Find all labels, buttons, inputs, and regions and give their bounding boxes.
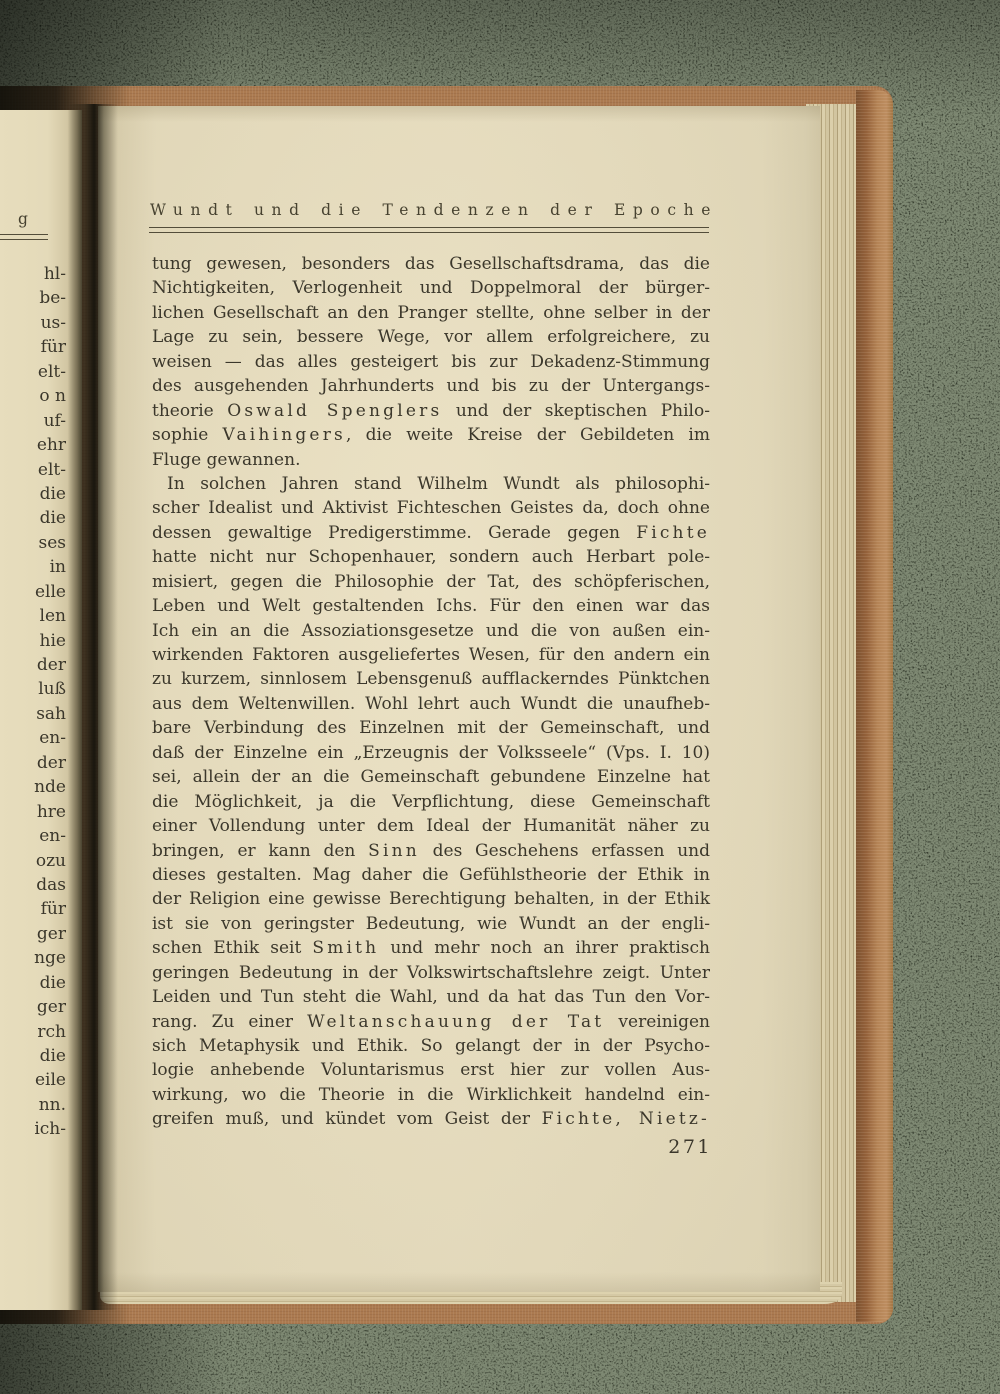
text-segment: daß der Einzelne ein „Erzeugnis der Volk… [152, 743, 710, 763]
cover-cloth-texture [856, 90, 893, 1322]
body-line: sophie Vaihingers, die weite Kreise der … [152, 423, 710, 447]
body-line: sei, allein der an die Gemeinschaft gebu… [152, 765, 710, 789]
facing-page-fragment: ich- [0, 1117, 66, 1141]
facing-page-fragment: der [0, 751, 66, 775]
facing-page-fragment: ger [0, 995, 66, 1019]
text-segment: wirkenden Faktoren ausgeliefertes Wesen,… [152, 645, 710, 665]
facing-page-line-fragments: hl-be-us-fürelt-o nuf-ehrelt-diediesesin… [0, 262, 66, 1142]
body-line: dessen gewaltige Predigerstimme. Gerade … [152, 521, 710, 545]
letterspaced-text: Smith [312, 938, 379, 958]
body-line: In solchen Jahren stand Wilhelm Wundt al… [152, 472, 710, 496]
facing-page-fragment: nge [0, 946, 66, 970]
facing-page-fragment: die [0, 506, 66, 530]
text-segment: rang. Zu einer [152, 1012, 307, 1032]
facing-page-header-fragment: g [0, 210, 46, 228]
body-line: zu kurzem, sinnlosem Lebensgenuß aufflac… [152, 667, 710, 691]
cover-right-edge [856, 90, 893, 1322]
body-line: Lage zu sein, bessere Wege, vor allem er… [152, 325, 710, 349]
facing-page-fragment: ehr [0, 433, 66, 457]
text-segment: aus dem Weltenwillen. Wohl lehrt auch Wu… [152, 694, 710, 714]
text-segment: einer Vollendung unter dem Ideal der Hum… [152, 816, 710, 836]
facing-page-fragment: der [0, 653, 66, 677]
text-segment: schen Ethik seit [152, 938, 312, 958]
body-line: der Religion eine gewisse Berechtigung b… [152, 887, 710, 911]
text-segment: scher Idealist und Aktivist Fichteschen … [152, 498, 710, 518]
body-line: Ich ein an die Assoziationsgesetze und d… [152, 619, 710, 643]
facing-page-fragment: hl- [0, 262, 66, 286]
text-segment: und mehr noch an ihrer praktisch [379, 938, 710, 958]
text-segment: , die weite Kreise der Gebildeten im [346, 425, 710, 445]
page-number: 271 [572, 1136, 712, 1158]
body-line: Nichtigkeiten, Verlogenheit und Doppelmo… [152, 276, 710, 300]
text-segment: vereinigen [604, 1012, 710, 1032]
body-line: greifen muß, und kündet vom Geist der Fi… [152, 1107, 710, 1131]
body-line: weisen — das alles gesteigert bis zur De… [152, 350, 710, 374]
body-line: wirkung, wo die Theorie in die Wirklichk… [152, 1083, 710, 1107]
body-line: die Möglichkeit, ja die Verpflichtung, d… [152, 790, 710, 814]
text-segment: Lage zu sein, bessere Wege, vor allem er… [152, 327, 710, 347]
text-segment: greifen muß, und kündet vom Geist der [152, 1109, 542, 1129]
text-segment: bare Verbindung des Einzelnen mit der Ge… [152, 718, 710, 738]
facing-page-fragment: en- [0, 824, 66, 848]
body-text: tung gewesen, besonders das Gesellschaft… [152, 252, 710, 1132]
text-segment: zu kurzem, sinnlosem Lebensgenuß aufflac… [152, 669, 710, 689]
facing-page-fragment: ses [0, 531, 66, 555]
body-line: bringen, er kann den Sinn des Geschehens… [152, 839, 710, 863]
body-line: einer Vollendung unter dem Ideal der Hum… [152, 814, 710, 838]
facing-page-fragment: hre [0, 800, 66, 824]
text-segment: misiert, gegen die Philosophie der Tat, … [152, 572, 710, 592]
text-segment: ist sie von geringster Bedeutung, wie Wu… [152, 914, 710, 934]
facing-page-fragment: ger [0, 922, 66, 946]
book-page: Wundt und die Tendenzen der Epoche tung … [98, 106, 820, 1292]
body-line: logie anhebende Voluntarismus erst hier … [152, 1058, 710, 1082]
letterspaced-text: Sinn [368, 841, 420, 861]
facing-page-fragment: en- [0, 726, 66, 750]
body-line: Fluge gewannen. [152, 448, 710, 472]
body-line: tung gewesen, besonders das Gesellschaft… [152, 252, 710, 276]
facing-page-fragment: ozu [0, 849, 66, 873]
body-line: rang. Zu einer Weltanschauung der Tat ve… [152, 1010, 710, 1034]
facing-page-fragment: die [0, 971, 66, 995]
text-segment: des ausgehenden Jahrhunderts und bis zu … [152, 376, 710, 396]
text-segment: In solchen Jahren stand Wilhelm Wundt al… [167, 474, 710, 494]
text-segment: die Möglichkeit, ja die Verpflichtung, d… [152, 792, 710, 812]
text-segment: lichen Gesellschaft an den Pranger stell… [152, 303, 710, 323]
text-segment: des Geschehens erfassen und [420, 841, 710, 861]
facing-page-fragment: nn. [0, 1093, 66, 1117]
letterspaced-text: Fichte, Nietz- [542, 1109, 710, 1129]
text-segment: Leben und Welt gestaltenden Ichs. Für de… [152, 596, 710, 616]
facing-page-fragment: die [0, 482, 66, 506]
text-segment: sophie [152, 425, 223, 445]
text-segment: bringen, er kann den [152, 841, 368, 861]
text-segment: tung gewesen, besonders das Gesellschaft… [152, 254, 710, 274]
body-line: sich Metaphysik und Ethik. So gelangt de… [152, 1034, 710, 1058]
body-line: wirkenden Faktoren ausgeliefertes Wesen,… [152, 643, 710, 667]
text-segment: hatte nicht nur Schopenhauer, sondern au… [152, 547, 710, 567]
text-segment: Nichtigkeiten, Verlogenheit und Doppelmo… [152, 278, 710, 298]
text-segment: der Religion eine gewisse Berechtigung b… [152, 889, 710, 909]
facing-page-fragment: für [0, 335, 66, 359]
body-line: schen Ethik seit Smith und mehr noch an … [152, 936, 710, 960]
text-segment: weisen — das alles gesteigert bis zur De… [152, 352, 710, 372]
facing-page-fragment: nde [0, 775, 66, 799]
facing-page-fragment: uf- [0, 409, 66, 433]
facing-page-fragment: sah [0, 702, 66, 726]
text-segment: sei, allein der an die Gemeinschaft gebu… [152, 767, 710, 787]
facing-page-fragment: elle [0, 580, 66, 604]
text-segment: wirkung, wo die Theorie in die Wirklichk… [152, 1085, 710, 1105]
body-line: bare Verbindung des Einzelnen mit der Ge… [152, 716, 710, 740]
facing-page-fragment: elt- [0, 360, 66, 384]
letterspaced-text: Oswald Spenglers [227, 401, 442, 421]
body-line: theorie Oswald Spenglers und der skeptis… [152, 399, 710, 423]
text-segment: Leiden und Tun steht die Wahl, und da ha… [152, 987, 710, 1007]
body-line: ist sie von geringster Bedeutung, wie Wu… [152, 912, 710, 936]
text-segment: logie anhebende Voluntarismus erst hier … [152, 1060, 710, 1080]
text-segment: Ich ein an die Assoziationsgesetze und d… [152, 621, 710, 641]
body-line: des ausgehenden Jahrhunderts und bis zu … [152, 374, 710, 398]
facing-page-fragment: elt- [0, 458, 66, 482]
facing-page-fragment: rch [0, 1020, 66, 1044]
text-segment: dessen gewaltige Predigerstimme. Gerade … [152, 523, 636, 543]
facing-page-fragment: in [0, 555, 66, 579]
text-segment: Fluge gewannen. [152, 450, 300, 470]
facing-page-fragment: len [0, 604, 66, 628]
letterspaced-text: Fichte [636, 523, 710, 543]
facing-page-fragment: die [0, 1044, 66, 1068]
gutter-shadow [68, 104, 118, 1310]
text-segment: und der skeptischen Philo- [442, 401, 710, 421]
facing-page-fragment: be- [0, 286, 66, 310]
body-line: Leben und Welt gestaltenden Ichs. Für de… [152, 594, 710, 618]
body-line: dieses gestalten. Mag daher die Gefühlst… [152, 863, 710, 887]
text-segment: dieses gestalten. Mag daher die Gefühlst… [152, 865, 710, 885]
body-line: daß der Einzelne ein „Erzeugnis der Volk… [152, 741, 710, 765]
running-header-double-rule [149, 227, 709, 233]
body-line: aus dem Weltenwillen. Wohl lehrt auch Wu… [152, 692, 710, 716]
body-line: lichen Gesellschaft an den Pranger stell… [152, 301, 710, 325]
facing-page-fragment: das [0, 873, 66, 897]
text-segment: sich Metaphysik und Ethik. So gelangt de… [152, 1036, 710, 1056]
body-line: misiert, gegen die Philosophie der Tat, … [152, 570, 710, 594]
facing-page-fragment: luß [0, 677, 66, 701]
facing-page-header-rule [0, 234, 48, 240]
text-segment: geringen Bedeutung in der Volkswirtschaf… [152, 963, 710, 983]
scanned-book-photo: g hl-be-us-fürelt-o nuf-ehrelt-diedieses… [0, 0, 1000, 1394]
facing-page-fragment: hie [0, 629, 66, 653]
text-segment: theorie [152, 401, 227, 421]
body-line: scher Idealist und Aktivist Fichteschen … [152, 496, 710, 520]
body-line: hatte nicht nur Schopenhauer, sondern au… [152, 545, 710, 569]
facing-page-fragment: für [0, 897, 66, 921]
facing-page-fragment: o n [0, 384, 66, 408]
letterspaced-text: Weltanschauung der Tat [307, 1012, 604, 1032]
body-line: geringen Bedeutung in der Volkswirtschaf… [152, 961, 710, 985]
facing-page-fragment: us- [0, 311, 66, 335]
facing-page-fragment: eile [0, 1068, 66, 1092]
letterspaced-text: Vaihingers [223, 425, 346, 445]
body-line: Leiden und Tun steht die Wahl, und da ha… [152, 985, 710, 1009]
running-header: Wundt und die Tendenzen der Epoche [150, 201, 712, 219]
